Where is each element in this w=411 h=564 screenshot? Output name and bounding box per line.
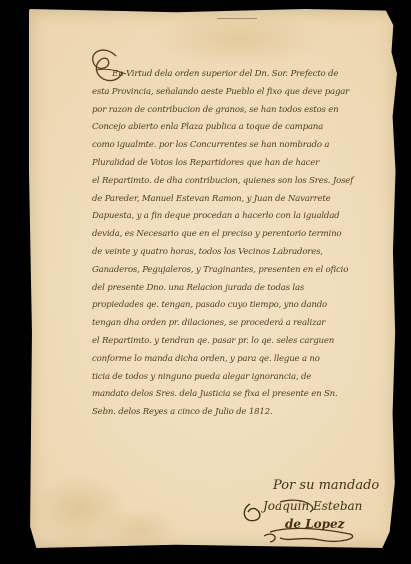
text-line: de veinte y quatro horas, todos los Veci…: [92, 244, 392, 262]
text-line: por razon de contribucion de granos, se …: [92, 102, 392, 120]
text-line: el Repartimto. y tendran qe. pasar pr. l…: [92, 333, 392, 351]
text-line: devida, es Necesario que en el preciso y…: [92, 226, 392, 244]
text-line: Sebn. delos Reyes a cinco de Julio de 18…: [92, 404, 392, 422]
text-line: como igualmte. por los Concurrentes se h…: [92, 137, 392, 155]
text-line: ticia de todos y ninguno pueda alegar ig…: [92, 369, 392, 387]
text-line: En Virtud dela orden superior del Dn. So…: [92, 66, 392, 84]
manuscript-body: En Virtud dela orden superior del Dn. So…: [92, 66, 392, 422]
text-line: Pluralidad de Votos los Repartidores que…: [92, 155, 392, 173]
text-line: Dapuesta, y a fin deque procedan a hacer…: [92, 208, 392, 226]
text-line: tengan dha orden pr. dilaciones, se proc…: [92, 315, 392, 333]
signature-by-order: Por su mandado: [273, 478, 385, 493]
text-line: esta Provincia, señalando aeste Pueblo e…: [92, 84, 392, 102]
text-line: Concejo abierto enla Plaza publica a toq…: [92, 119, 392, 137]
text-line: mandato delos Sres. dela Justicia se fix…: [92, 386, 392, 404]
text-line: del presente Dno. una Relacion jurada de…: [92, 280, 392, 298]
text-line: conforme lo manda dicha orden, y para qe…: [92, 351, 392, 369]
page-marker-line: [217, 18, 257, 19]
text-line: de Pareder, Manuel Estevan Ramon, y Juan…: [92, 191, 392, 209]
text-line: Ganaderos, Pegujaleros, y Traginantes, p…: [92, 262, 392, 280]
signature-rubric-icon: [240, 498, 380, 548]
text-line: el Repartimto. de dha contribucion, quie…: [92, 173, 392, 191]
scan-frame: En Virtud dela orden superior del Dn. So…: [0, 0, 411, 564]
text-line: propiedades qe. tengan, pasado cuyo tiem…: [92, 297, 392, 315]
